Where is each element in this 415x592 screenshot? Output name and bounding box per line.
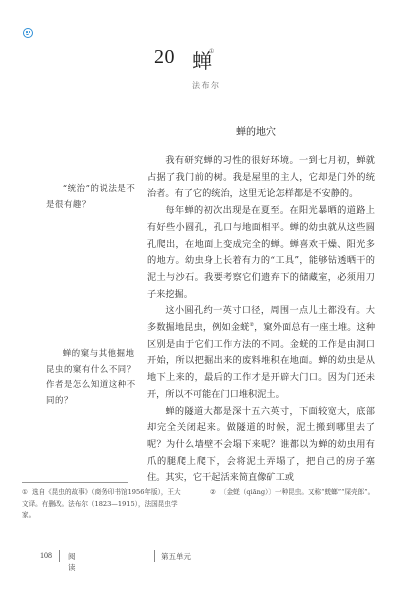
paragraph-text: ，窠外面总有一座土堆。这种区别是由于它们工作方法的不同。金蜣的工作是由洞口开始，… — [147, 322, 375, 400]
body-text: 我有研究蝉的习性的很好环境。一到七月初，蝉就占据了我门前的树。我是屋里的主人，它… — [147, 153, 375, 487]
footer-unit-label: 第五单元 — [161, 551, 191, 562]
author-name: 法布尔 — [192, 80, 221, 91]
footnote-text: 〔金蜣（qiāng）〕一种昆虫。又称“蜣螂”“屎壳郎”。 — [220, 488, 374, 496]
paragraph: 蝉的隧道大都是深十五六英寸，下面较宽大，底部却完全关闭起来。做隧道的时候，泥土搬… — [147, 404, 375, 488]
footnote-text: 选自《昆虫的故事》（商务印书馆1956年版），王大文译。有删改。法布尔（1823… — [22, 488, 181, 519]
smile-icon — [23, 28, 33, 38]
paragraph: 每年蝉的初次出现是在夏至。在阳光暴晒的道路上有好些小圆孔，孔口与地面相平。蝉的幼… — [147, 203, 375, 303]
footnote-mark: ① — [22, 487, 32, 499]
title-footnote-mark: ① — [209, 48, 214, 55]
lesson-number: 20 — [154, 46, 175, 69]
footer-divider — [154, 550, 155, 562]
footnote: ②〔金蜣（qiāng）〕一种昆虫。又称“蜣螂”“屎壳郎”。 — [210, 487, 375, 499]
footer-section-label: 阅读 — [68, 551, 79, 573]
footnote-mark: ② — [210, 487, 220, 499]
paragraph: 这小圆孔约一英寸口径，周围一点儿土都没有。大多数掘地昆虫，例如金蜣②，窠外面总有… — [147, 303, 375, 403]
footnote-divider — [22, 482, 128, 483]
smile-mouth — [26, 32, 29, 35]
page-number: 108 — [40, 551, 52, 560]
footer-divider — [59, 550, 60, 562]
margin-note: “统治”的说法是不是很有趣？ — [46, 181, 141, 212]
margin-note: 蝉的窠与其他掘地昆虫的窠有什么不同？作者是怎么知道这种不同的？ — [46, 346, 141, 408]
section-title: 蝉的地穴 — [236, 123, 276, 138]
footnote: ①选自《昆虫的故事》（商务印书馆1956年版），王大文译。有删改。法布尔（182… — [22, 487, 182, 522]
paragraph: 我有研究蝉的习性的很好环境。一到七月初，蝉就占据了我门前的树。我是屋里的主人，它… — [147, 153, 375, 203]
